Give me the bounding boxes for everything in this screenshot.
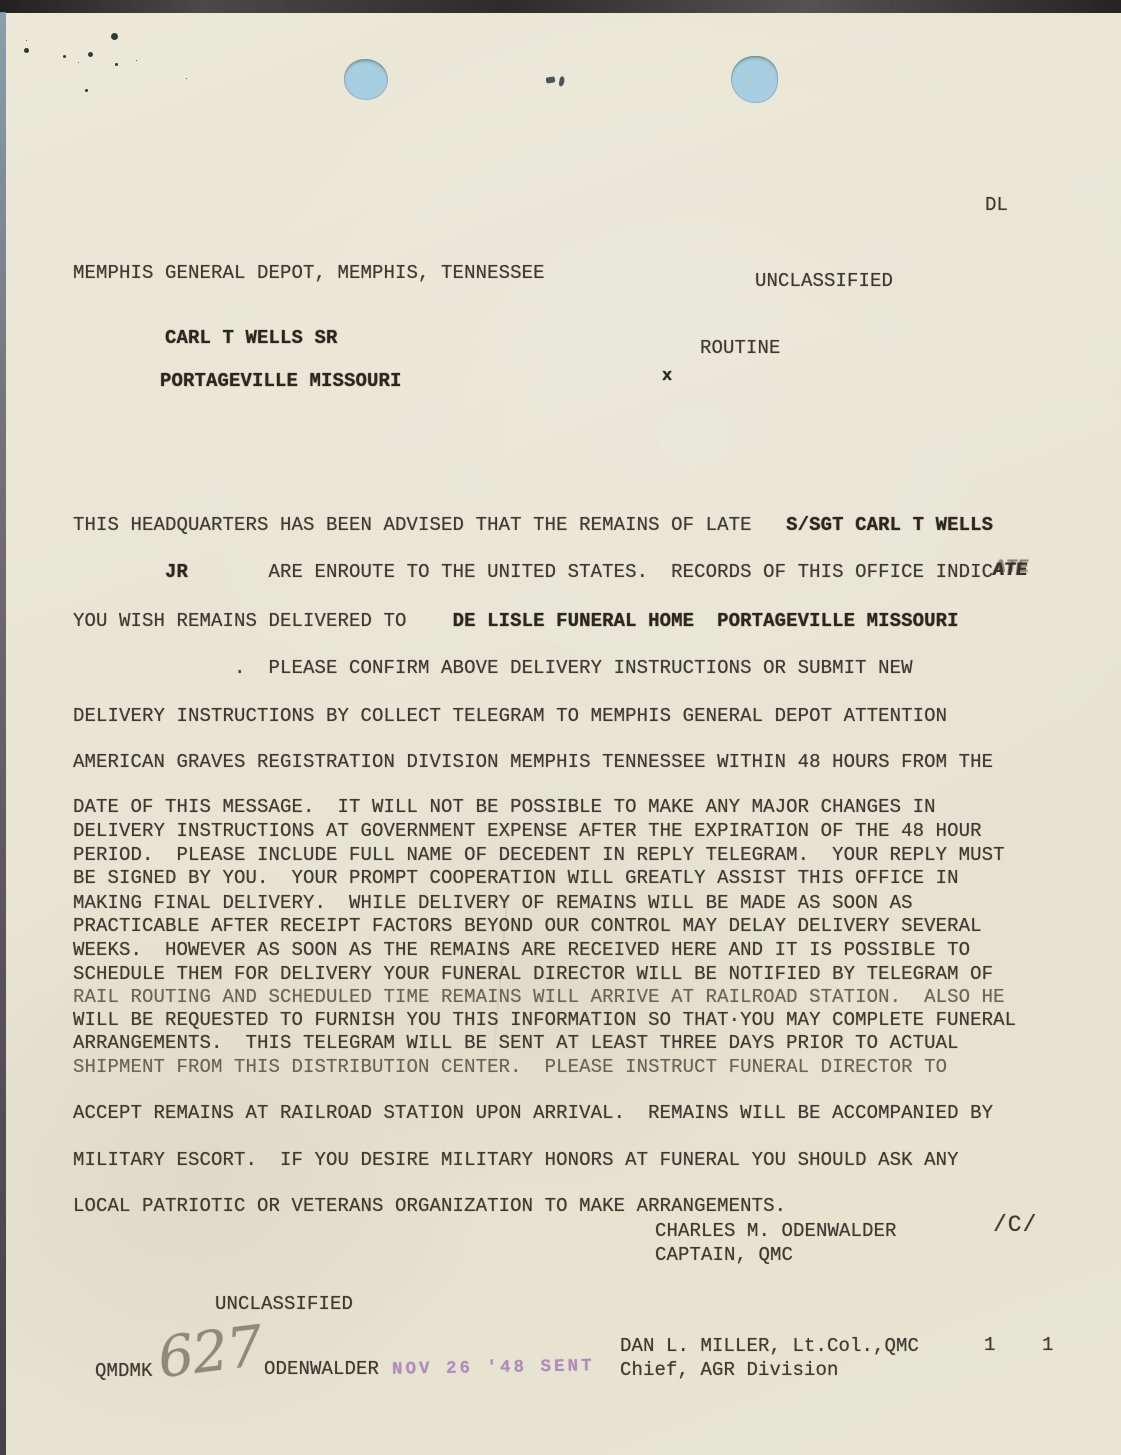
paragraph-line: RAIL ROUTING AND SCHEDULED TIME REMAINS … (73, 988, 1005, 1007)
x-mark: x (662, 367, 672, 386)
date-sent-stamp: NOV 26 '48 SENT (392, 1356, 595, 1380)
typist-name: ODENWALDER (264, 1360, 379, 1379)
body-line-1-bold: S/SGT CARL T WELLS (786, 514, 993, 536)
punch-hole-right (731, 56, 778, 103)
page-count: 1 (984, 1336, 996, 1355)
body-line-4: . PLEASE CONFIRM ABOVE DELIVERY INSTRUCT… (73, 659, 913, 678)
paragraph-line: WEEKS. HOWEVER AS SOON AS THE REMAINS AR… (73, 941, 970, 960)
document-scan: DL MEMPHIS GENERAL DEPOT, MEMPHIS, TENNE… (0, 0, 1121, 1455)
routing-code: DL (985, 196, 1008, 215)
paragraph-line: PERIOD. PLEASE INCLUDE FULL NAME OF DECE… (73, 846, 1005, 865)
paragraph-line: PRACTICABLE AFTER RECEIPT FACTORS BEYOND… (73, 917, 982, 936)
releaser-name: DAN L. MILLER, Lt.Col.,QMC (620, 1337, 919, 1356)
body-line-3: YOU WISH REMAINS DELIVERED TO DE LISLE F… (73, 612, 959, 631)
body-line-2-indent (73, 561, 165, 583)
paragraph-line: WILL BE REQUESTED TO FURNISH YOU THIS IN… (73, 1011, 1016, 1030)
closing-line: MILITARY ESCORT. IF YOU DESIRE MILITARY … (73, 1151, 959, 1170)
punch-hole-left (344, 59, 388, 100)
closing-line: LOCAL PATRIOTIC OR VETERANS ORGANIZATION… (73, 1197, 786, 1216)
signature-title: CAPTAIN, QMC (655, 1246, 793, 1265)
body-line-6: AMERICAN GRAVES REGISTRATION DIVISION ME… (73, 753, 993, 772)
body-line-3-text: YOU WISH REMAINS DELIVERED TO (73, 610, 453, 632)
paragraph-line: SCHEDULE THEM FOR DELIVERY YOUR FUNERAL … (73, 965, 993, 984)
ink-smudge (546, 76, 556, 83)
body-line-5: DELIVERY INSTRUCTIONS BY COLLECT TELEGRA… (73, 707, 947, 726)
closing-line: ACCEPT REMAINS AT RAILROAD STATION UPON … (73, 1104, 993, 1123)
addressee-name: CARL T WELLS SR (165, 329, 338, 348)
signature-name: CHARLES M. ODENWALDER (655, 1222, 897, 1241)
paragraph-line: ARRANGEMENTS. THIS TELEGRAM WILL BE SENT… (73, 1034, 959, 1053)
scan-edge-left (0, 12, 6, 1455)
letterhead: MEMPHIS GENERAL DEPOT, MEMPHIS, TENNESSE… (73, 264, 545, 283)
body-line-3-bold: DE LISLE FUNERAL HOME PORTAGEVILLE MISSO… (453, 610, 959, 632)
paragraph-line: DELIVERY INSTRUCTIONS AT GOVERNMENT EXPE… (73, 822, 982, 841)
signature-initials: /C/ (993, 1216, 1037, 1235)
precedence: ROUTINE (700, 339, 781, 358)
paragraph-line: MAKING FINAL DELIVERY. WHILE DELIVERY OF… (73, 894, 913, 913)
scan-edge-top (0, 0, 1121, 13)
ink-spatter (24, 48, 29, 53)
office-symbol: QMDMK (95, 1362, 153, 1381)
body-line-2-bold: JR (165, 561, 188, 583)
addressee-city: PORTAGEVILLE MISSOURI (160, 372, 402, 391)
copy-count: 1 (1042, 1336, 1054, 1355)
paragraph-line: DATE OF THIS MESSAGE. IT WILL NOT BE POS… (73, 798, 936, 817)
handwritten-number: 627 (155, 1322, 264, 1384)
body-line-2-overstrike: ATE (992, 561, 1029, 580)
body-line-1-text: THIS HEADQUARTERS HAS BEEN ADVISED THAT … (73, 514, 786, 536)
paragraph-line: BE SIGNED BY YOU. YOUR PROMPT COOPERATIO… (73, 869, 959, 888)
releaser-title: Chief, AGR Division (620, 1361, 839, 1380)
body-line-2-text: ARE ENROUTE TO THE UNITED STATES. RECORD… (188, 561, 993, 583)
classification-top: UNCLASSIFIED (755, 272, 893, 291)
body-line-1: THIS HEADQUARTERS HAS BEEN ADVISED THAT … (73, 516, 993, 535)
paragraph-line: SHIPMENT FROM THIS DISTRIBUTION CENTER. … (73, 1058, 947, 1077)
classification-bottom: UNCLASSIFIED (215, 1295, 353, 1314)
body-line-2: JR ARE ENROUTE TO THE UNITED STATES. REC… (73, 563, 1028, 582)
